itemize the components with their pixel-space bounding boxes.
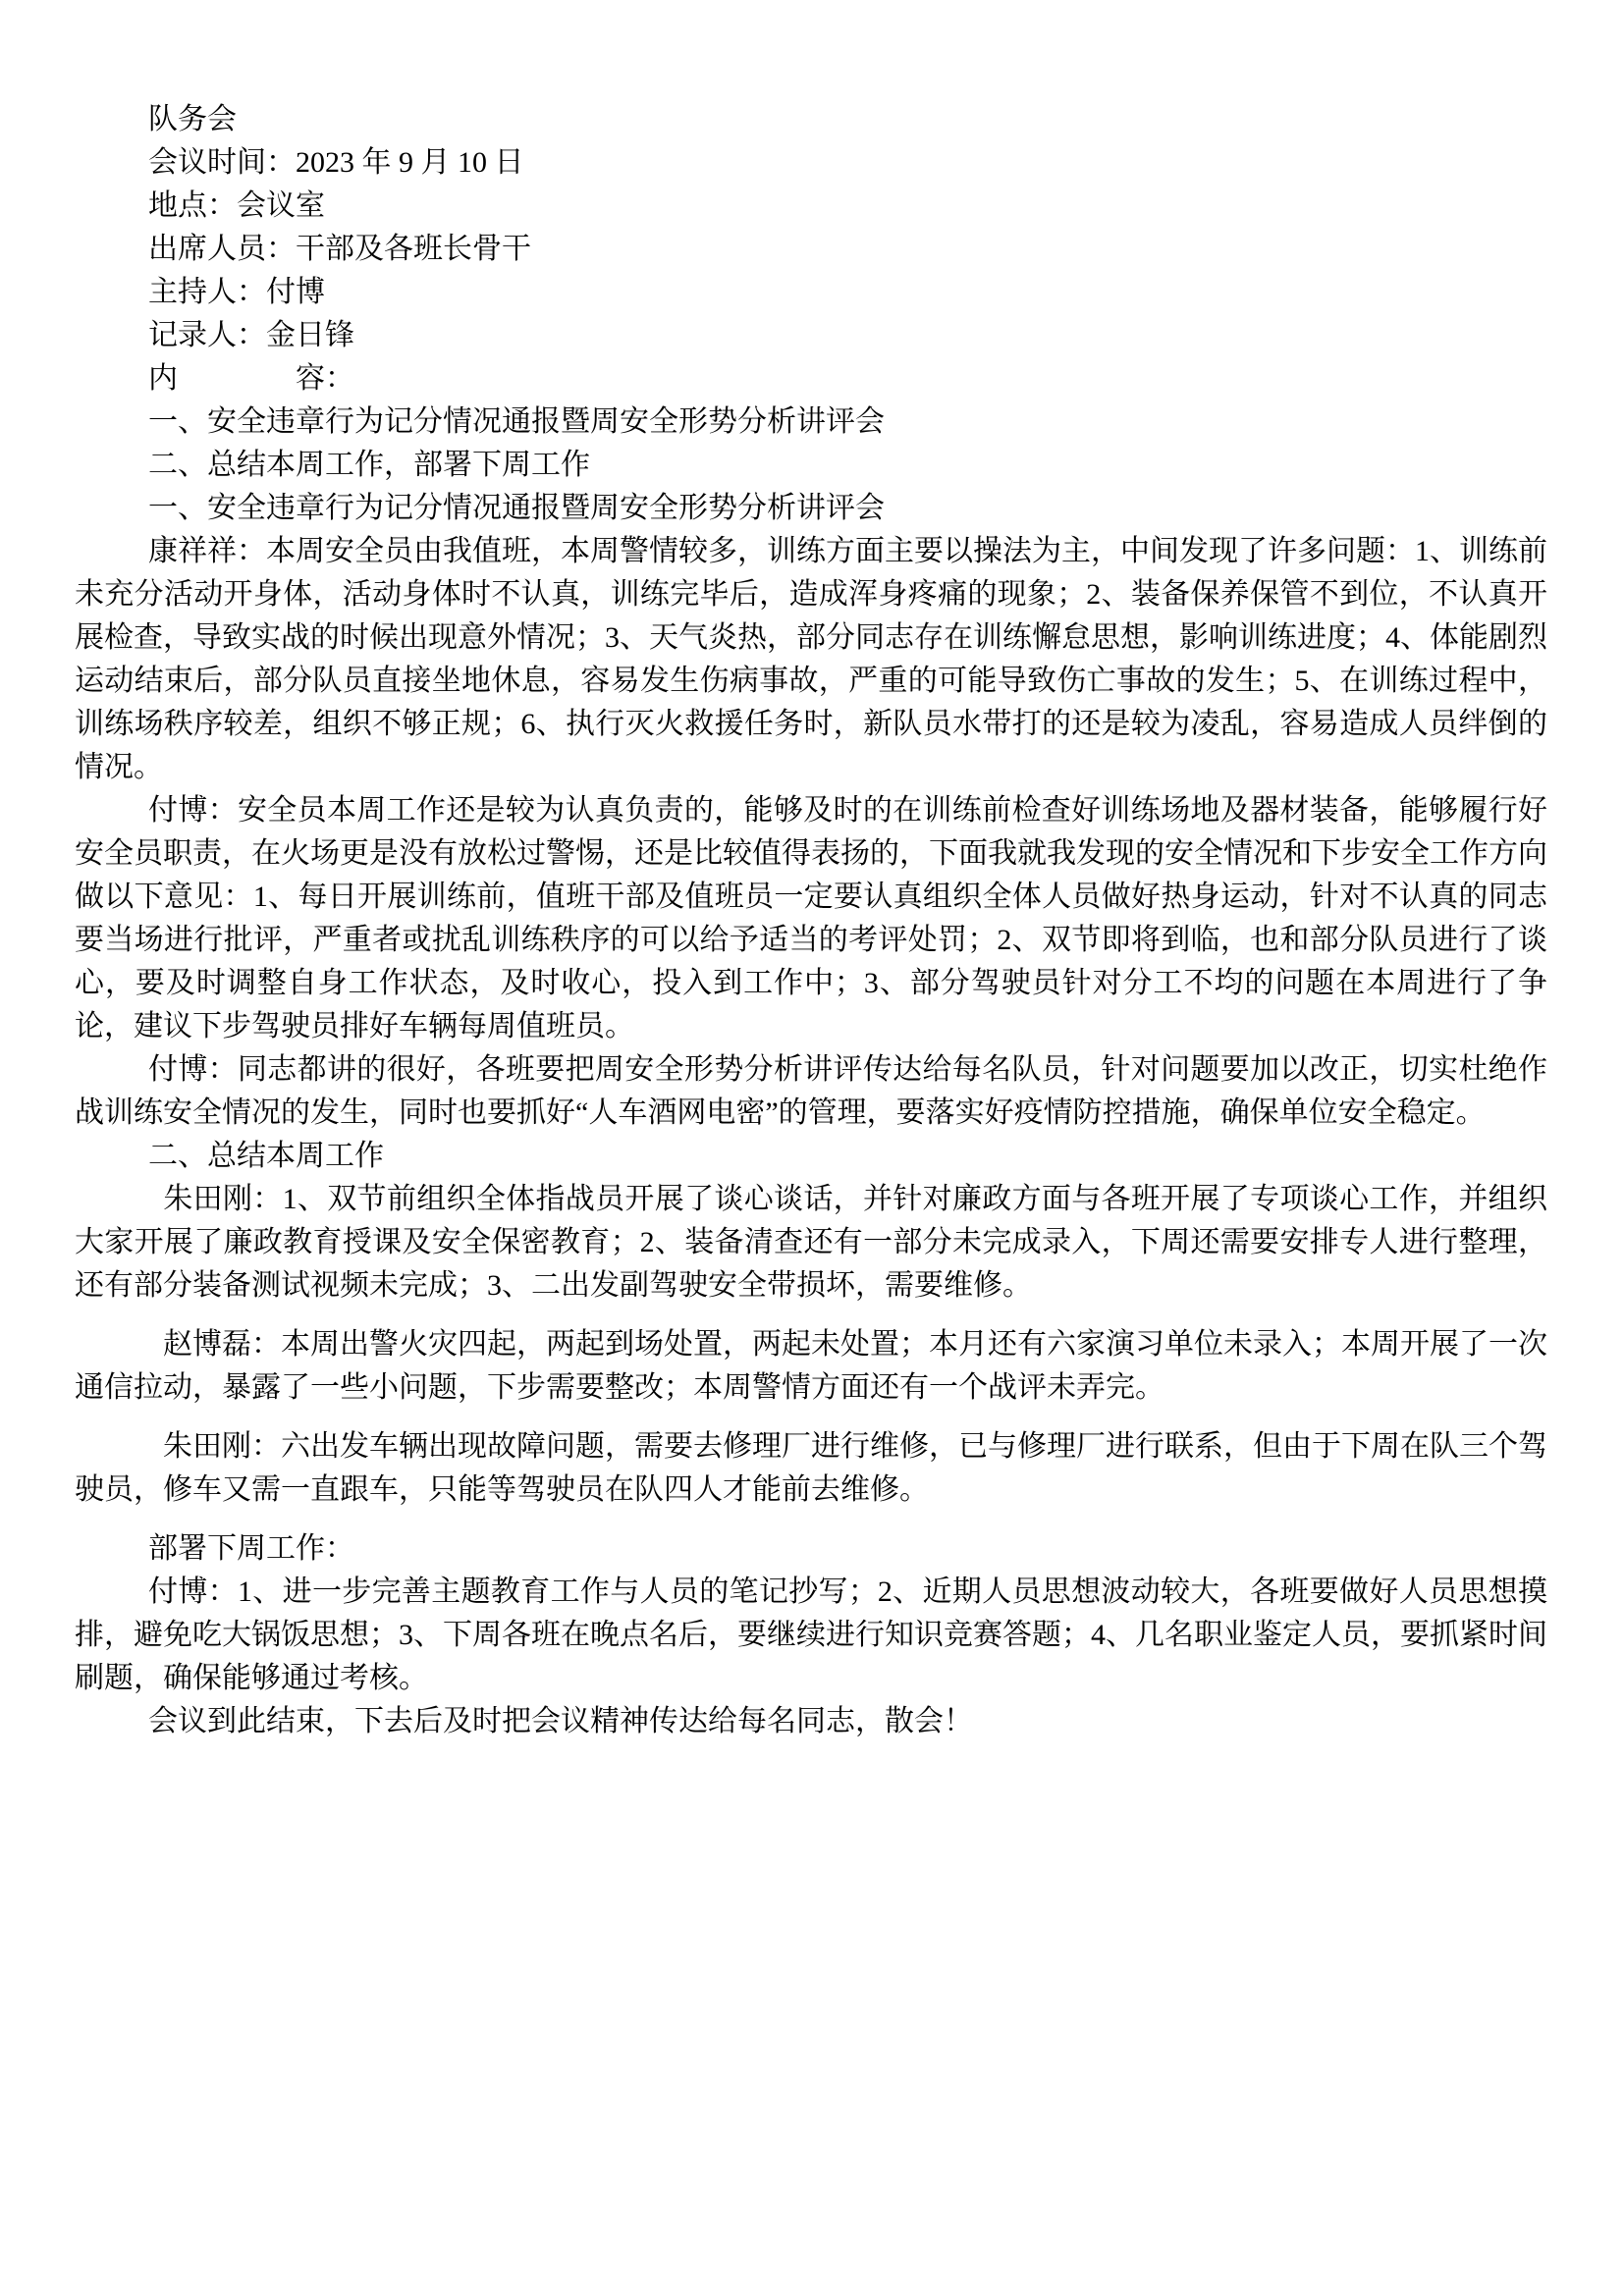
section-2-heading: 二、总结本周工作 bbox=[75, 1135, 1547, 1178]
speech-zhutiangang-1: 朱田刚：1、双节前组织全体指战员开展了谈心谈话，并针对廉政方面与各班开展了专项谈… bbox=[75, 1178, 1547, 1308]
speech-fubo-3: 付博：1、进一步完善主题教育工作与人员的笔记抄写；2、近期人员思想波动较大，各班… bbox=[75, 1571, 1547, 1700]
speech-fubo-1: 付博：安全员本周工作还是较为认真负责的，能够及时的在训练前检查好训练场地及器材装… bbox=[75, 789, 1547, 1048]
speech-zhutiangang-2: 朱田刚：六出发车辆出现故障问题，需要去修理厂进行维修，已与修理厂进行联系，但由于… bbox=[75, 1425, 1547, 1512]
attendees: 出席人员：干部及各班长骨干 bbox=[75, 228, 1547, 271]
doc-title: 队务会 bbox=[75, 98, 1547, 141]
meeting-location: 地点：会议室 bbox=[75, 185, 1547, 228]
host: 主持人：付博 bbox=[75, 271, 1547, 314]
next-week-heading: 部署下周工作： bbox=[75, 1527, 1547, 1571]
meeting-time: 会议时间：2023 年 9 月 10 日 bbox=[75, 141, 1547, 185]
agenda-item-1: 一、安全违章行为记分情况通报暨周安全形势分析讲评会 bbox=[75, 400, 1547, 444]
speech-fubo-2: 付博：同志都讲的很好，各班要把周安全形势分析讲评传达给每名队员，针对问题要加以改… bbox=[75, 1048, 1547, 1135]
content-label: 内 容： bbox=[75, 357, 1547, 400]
section-1-heading: 一、安全违章行为记分情况通报暨周安全形势分析讲评会 bbox=[75, 487, 1547, 530]
recorder: 记录人：金日锋 bbox=[75, 314, 1547, 357]
speech-zhaobolei: 赵博磊：本周出警火灾四起，两起到场处置，两起未处置；本月还有六家演习单位未录入；… bbox=[75, 1323, 1547, 1410]
closing: 会议到此结束，下去后及时把会议精神传达给每名同志，散会！ bbox=[75, 1700, 1547, 1743]
document-page: 队务会会议时间：2023 年 9 月 10 日地点：会议室出席人员：干部及各班长… bbox=[0, 0, 1624, 2296]
agenda-item-2: 二、总结本周工作，部署下周工作 bbox=[75, 444, 1547, 487]
speech-kangxiangxiang: 康祥祥：本周安全员由我值班，本周警情较多，训练方面主要以操法为主，中间发现了许多… bbox=[75, 530, 1547, 789]
